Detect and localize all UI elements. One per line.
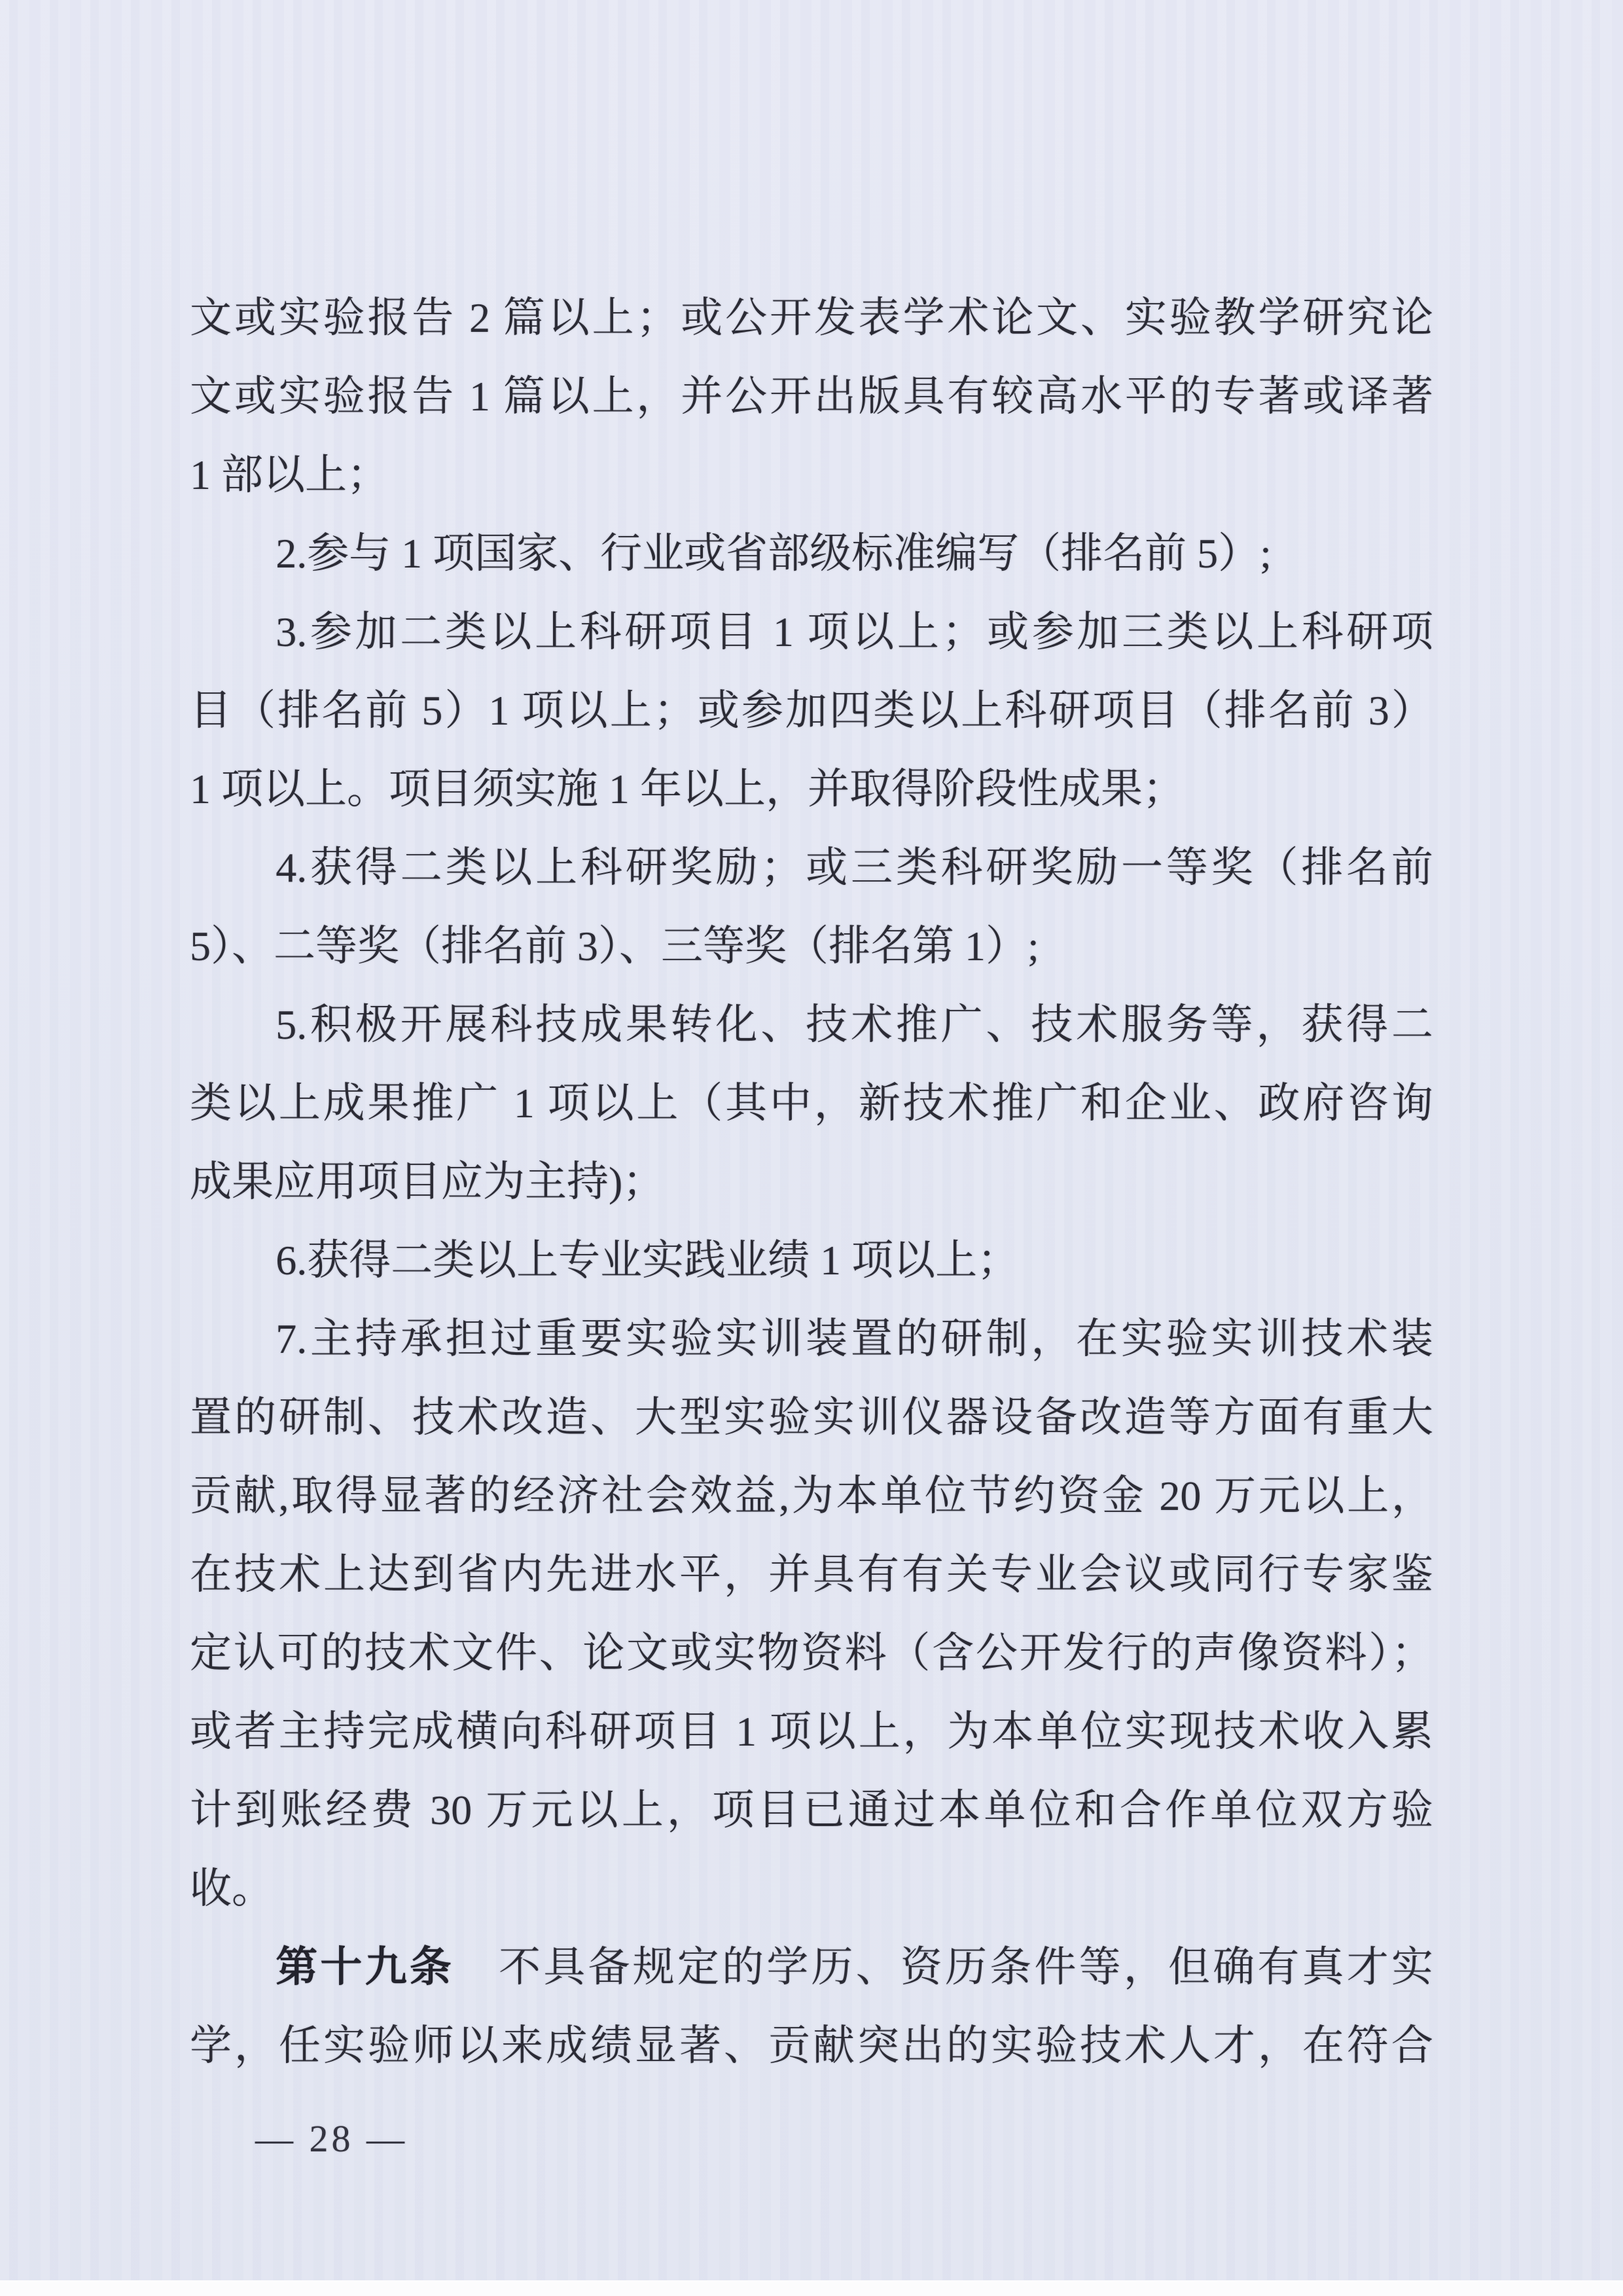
- text-line: 3.参加二类以上科研项目 1 项以上；或参加三类以上科研项: [190, 593, 1433, 672]
- text-line: 6.获得二类以上专业实践业绩 1 项以上；: [190, 1221, 1433, 1300]
- text-line: 文或实验报告 1 篇以上，并公开出版具有较高水平的专著或译著: [190, 357, 1433, 436]
- text-line: 或者主持完成横向科研项目 1 项以上，为本单位实现技术收入累: [190, 1693, 1433, 1771]
- text-line: 计到账经费 30 万元以上，项目已通过本单位和合作单位双方验: [190, 1771, 1433, 1850]
- text-line: 目（排名前 5）1 项以上；或参加四类以上科研项目（排名前 3）: [190, 672, 1433, 750]
- text-line: 贡献,取得显著的经济社会效益,为本单位节约资金 20 万元以上，: [190, 1457, 1433, 1535]
- text-line: 1 部以上；: [190, 436, 1433, 514]
- text-line: 成果应用项目应为主持)；: [190, 1143, 1433, 1221]
- text-line: 5）、二等奖（排名前 3）、三等奖（排名第 1）;: [190, 907, 1433, 986]
- text-line: 第十九条 不具备规定的学历、资历条件等，但确有真才实: [190, 1928, 1433, 2007]
- document-body: 文或实验报告 2 篇以上；或公开发表学术论文、实验教学研究论文或实验报告 1 篇…: [190, 279, 1433, 2085]
- text-line: 5.积极开展科技成果转化、技术推广、技术服务等，获得二: [190, 986, 1433, 1064]
- page-number: — 28 —: [255, 2119, 408, 2159]
- scanned-page: 文或实验报告 2 篇以上；或公开发表学术论文、实验教学研究论文或实验报告 1 篇…: [0, 0, 1623, 2296]
- article-heading: 第十九条: [276, 1944, 454, 1990]
- text-line: 7.主持承担过重要实验实训装置的研制，在实验实训技术装: [190, 1300, 1433, 1378]
- text-line: 文或实验报告 2 篇以上；或公开发表学术论文、实验教学研究论: [190, 279, 1433, 357]
- text-line: 在技术上达到省内先进水平，并具有有关专业会议或同行专家鉴: [190, 1535, 1433, 1614]
- text-line: 置的研制、技术改造、大型实验实训仪器设备改造等方面有重大: [190, 1378, 1433, 1457]
- text-line: 2.参与 1 项国家、行业或省部级标准编写（排名前 5）;: [190, 514, 1433, 593]
- text-line: 定认可的技术文件、论文或实物资料（含公开发行的声像资料）；: [190, 1614, 1433, 1693]
- text-line: 类以上成果推广 1 项以上（其中，新技术推广和企业、政府咨询: [190, 1064, 1433, 1143]
- text-line: 学，任实验师以来成绩显著、贡献突出的实验技术人才，在符合: [190, 2007, 1433, 2085]
- text-line: 4.获得二类以上科研奖励；或三类科研奖励一等奖（排名前: [190, 829, 1433, 907]
- scan-edge-bottom: [0, 2280, 1623, 2296]
- text-line: 收。: [190, 1850, 1433, 1928]
- text-line: 1 项以上。项目须实施 1 年以上，并取得阶段性成果；: [190, 750, 1433, 829]
- scan-edge-top: [0, 0, 1623, 7]
